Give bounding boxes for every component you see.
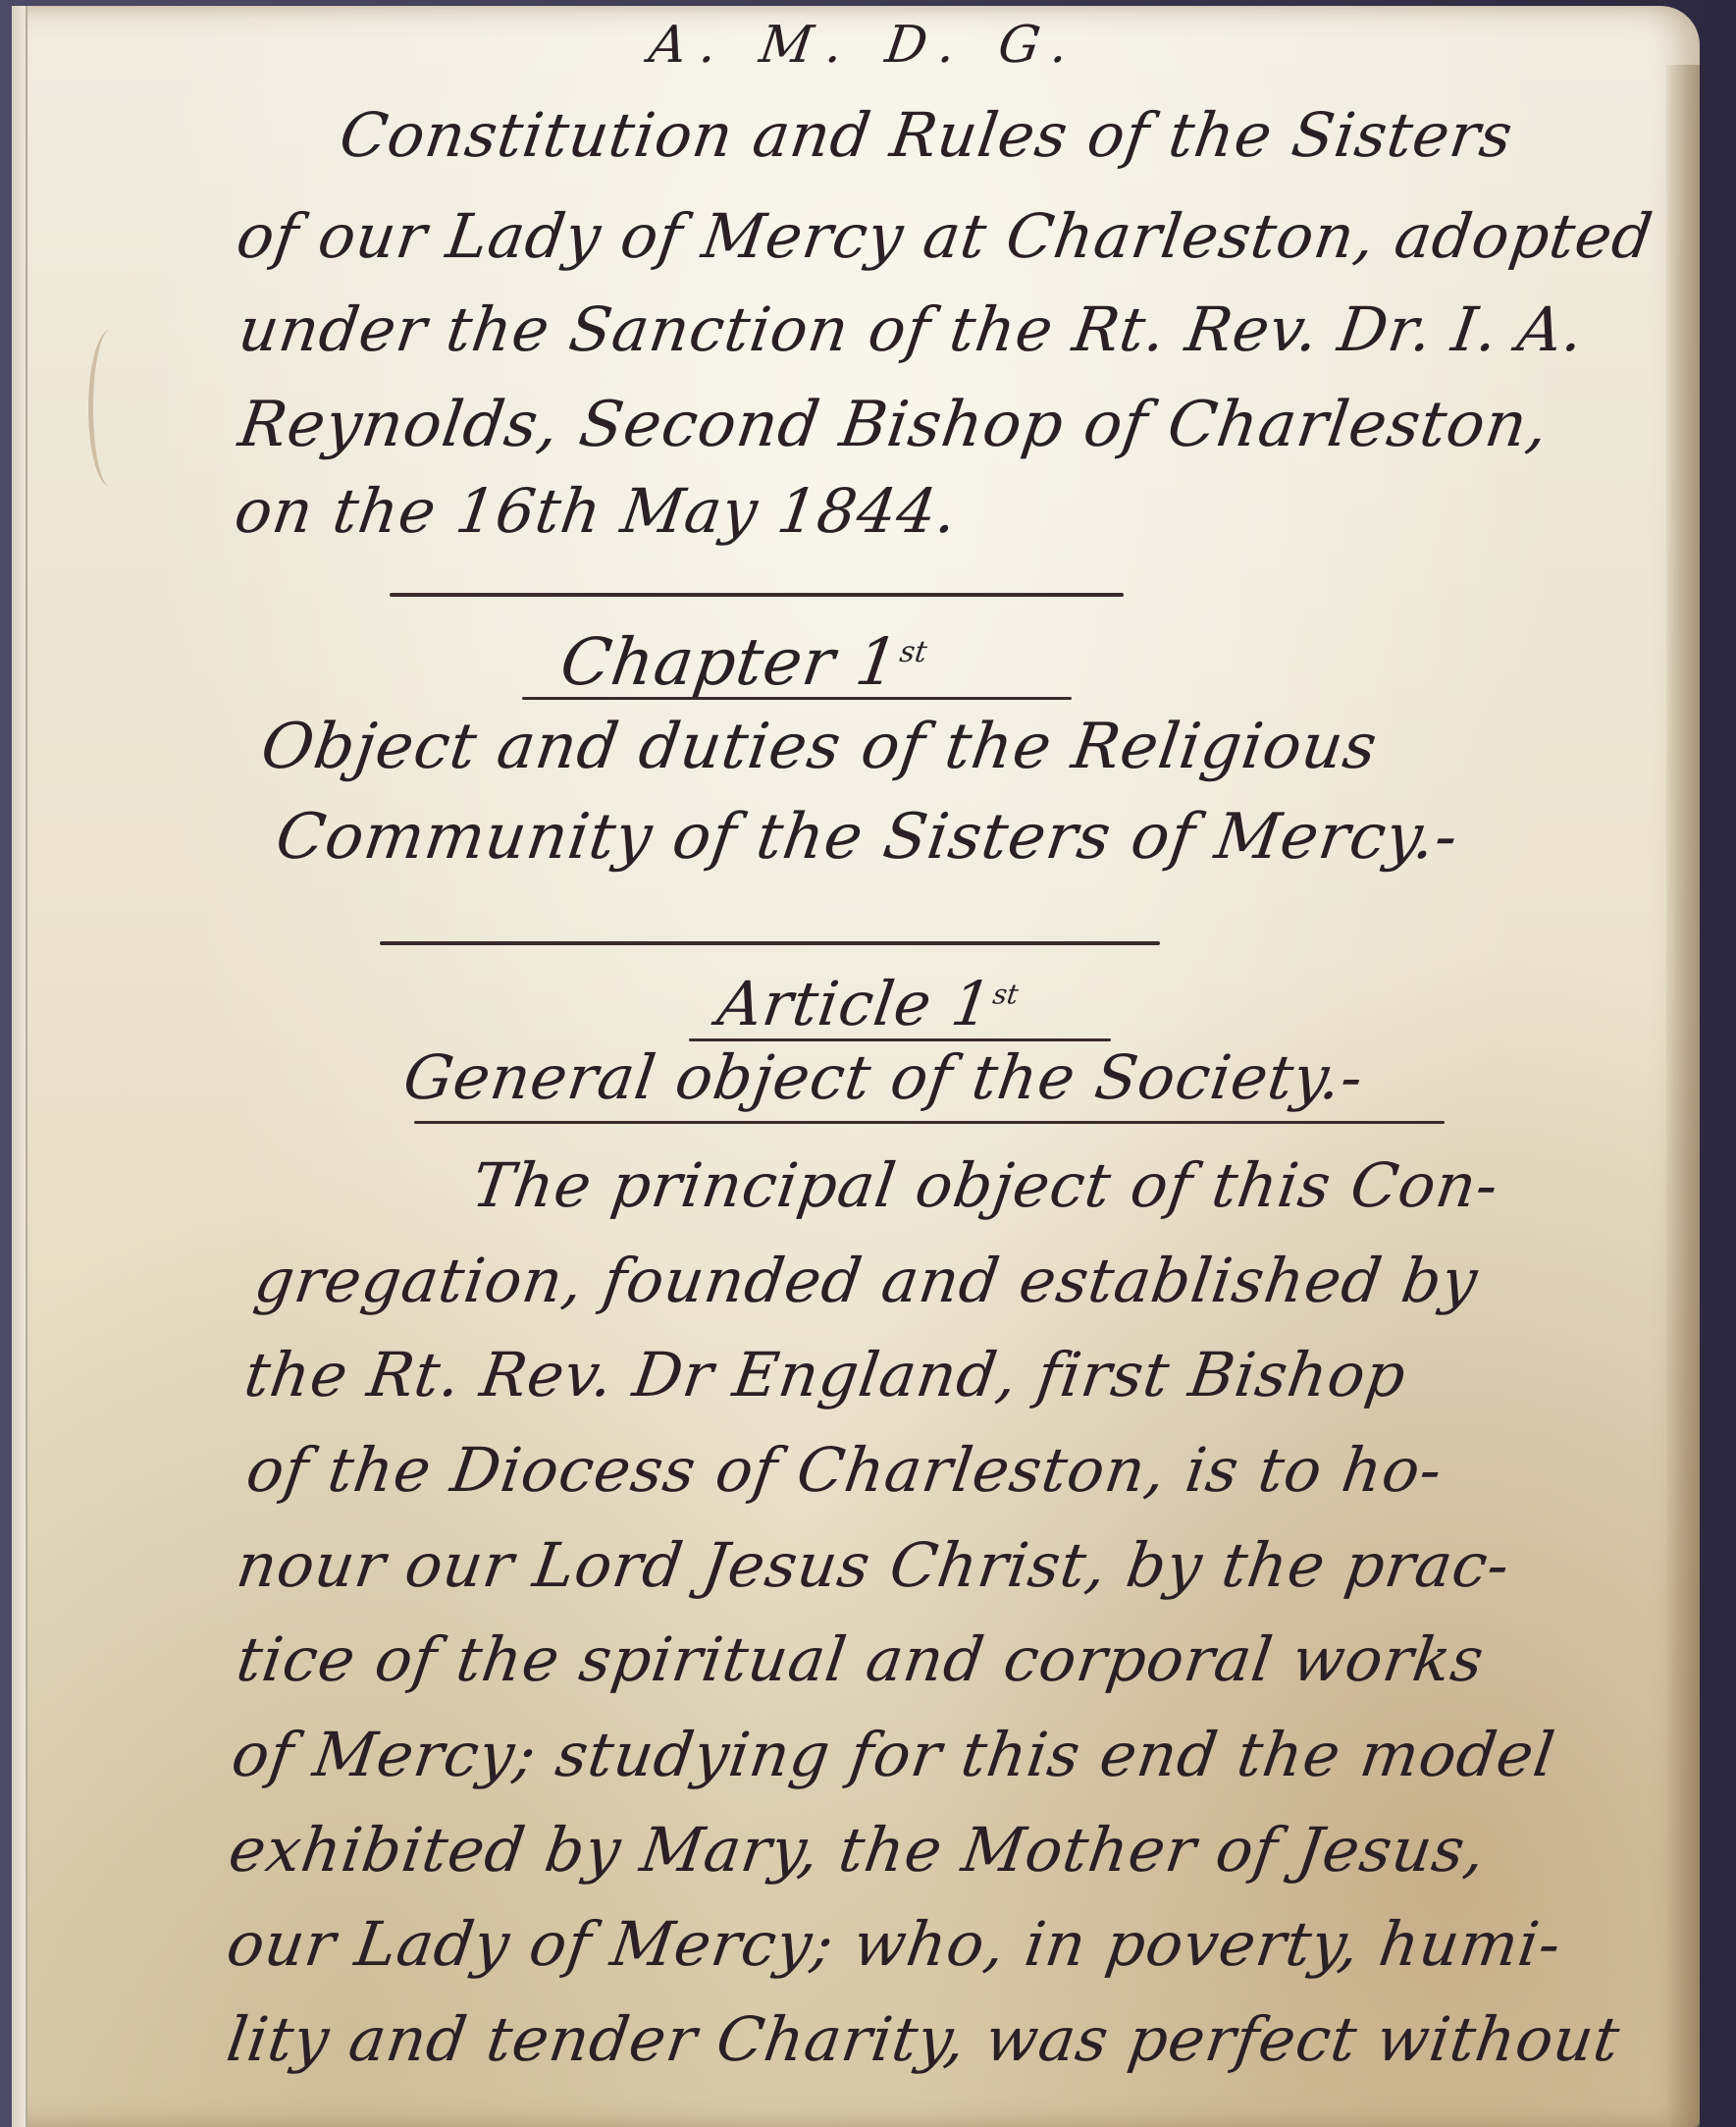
article-heading-text: General object of the Society.- — [399, 1041, 1368, 1113]
title-line-3: under the Sanction of the Rt. Rev. Dr. I… — [235, 293, 1589, 365]
title-line-1: Constitution and Rules of the Sisters — [336, 99, 1517, 171]
article-label: Article 1 — [713, 968, 997, 1039]
divider-rule — [390, 593, 1124, 597]
chapter-subtitle-line-1: Object and duties of the Religious — [257, 711, 1382, 783]
body-line-7: of Mercy; studying for this end the mode… — [228, 1719, 1559, 1790]
body-line-9: our Lady of Mercy; who, in poverty, humi… — [223, 1908, 1566, 1980]
chapter-underline — [522, 697, 1072, 700]
body-line-10: lity and tender Charity, was perfect wit… — [223, 2003, 1625, 2075]
society-underline — [414, 1121, 1445, 1124]
header-amdg: A. M. D. G. — [646, 16, 1085, 75]
title-line-5: on the 16th May 1844. — [231, 475, 963, 547]
title-line-4: Reynolds, Second Bishop of Charleston, — [235, 389, 1553, 461]
divider-rule — [380, 941, 1160, 945]
chapter-heading: Chapter 1st — [556, 624, 931, 700]
manuscript-page: A. M. D. G. Constitution and Rules of th… — [12, 6, 1700, 2127]
article-heading: Article 1st — [713, 968, 1022, 1039]
body-line-4: of the Diocess of Charleston, is to ho- — [242, 1434, 1447, 1506]
body-line-8: exhibited by Mary, the Mother of Jesus, — [225, 1814, 1491, 1886]
article-ordinal: st — [991, 978, 1021, 1010]
chapter-subtitle-line-2: Community of the Sisters of Mercy.- — [272, 801, 1463, 874]
body-line-6: tice of the spiritual and corporal works — [233, 1623, 1489, 1695]
photo-scene: A. M. D. G. Constitution and Rules of th… — [0, 0, 1736, 2127]
body-line-1: The principal object of this Con- — [468, 1149, 1503, 1221]
title-line-2: of our Lady of Mercy at Charleston, adop… — [233, 200, 1657, 272]
body-line-5: nour our Lord Jesus Christ, by the prac- — [233, 1529, 1514, 1601]
chapter-ordinal: st — [898, 635, 929, 669]
manuscript-text: A. M. D. G. Constitution and Rules of th… — [12, 6, 1700, 2127]
body-line-2: gregation, founded and established by — [250, 1245, 1483, 1316]
body-line-3: the Rt. Rev. Dr England, first Bishop — [240, 1339, 1411, 1410]
chapter-label: Chapter 1 — [556, 624, 905, 700]
